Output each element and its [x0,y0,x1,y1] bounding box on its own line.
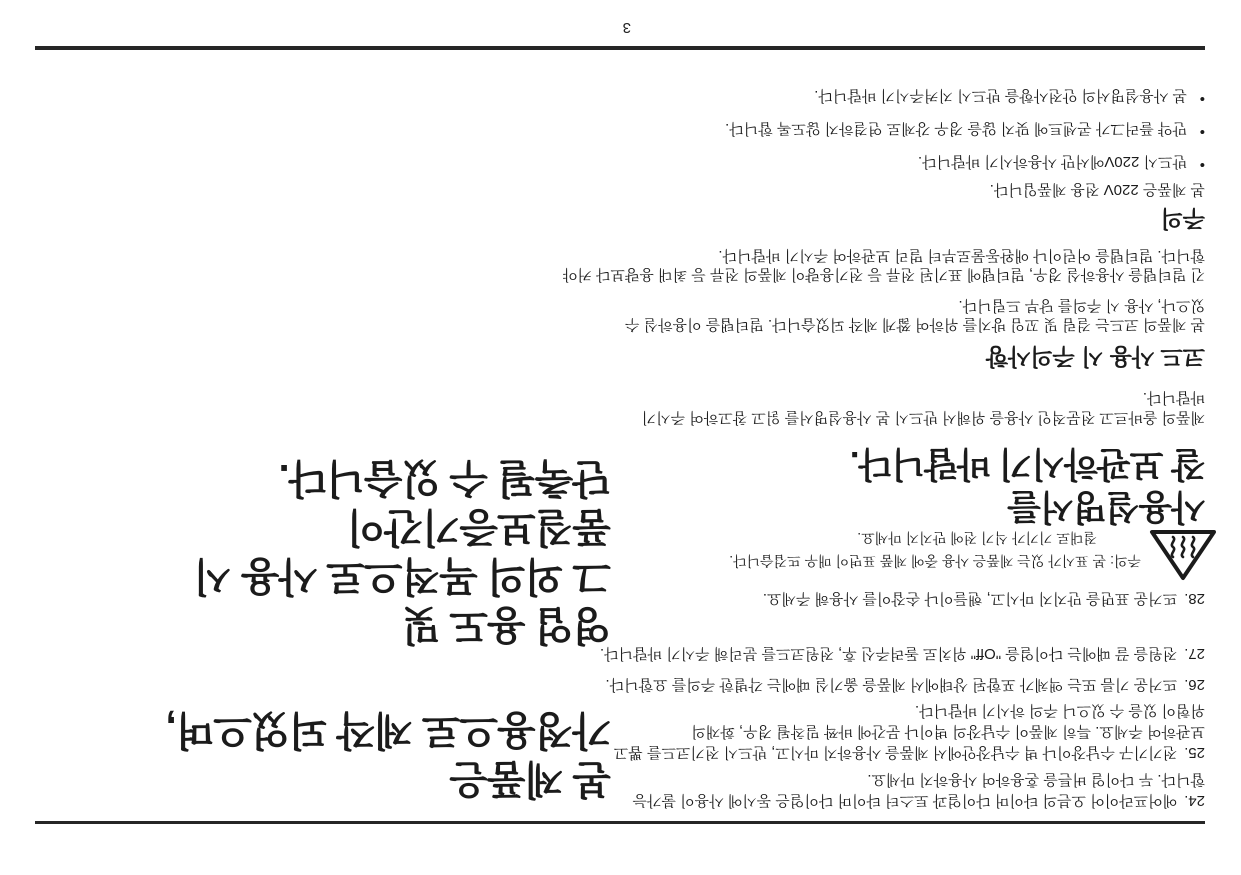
body-line: 바랍니다. [642,387,1205,407]
paragraph-line: 본 제품의 코드는 걸림 및 꼬임 방지를 위하여 짧게 제작 되었습니다. 멀… [625,315,1205,334]
item-line: 위험이 있을 수 있으니 주의 하시기 바랍니다. [615,700,1205,721]
bullet-icon: • [1187,119,1205,140]
paragraph-line: 있으나, 사용 시 주의를 당부 드립니다. [625,296,1205,315]
item-number: 24. [1184,792,1205,809]
item-text: 전기기구 수납장이나 벽 수납장안에서 제품을 사용하지 마시고, 반드시 전기… [614,744,1177,761]
caution-bullet: • 만약 플러그가 콘센트에 맞지 않을 경우 강제로 연결하지 않도록 합니다… [725,119,1205,140]
caution-intro: 본 제품은 220V 전용 제품입니다. [990,180,1205,201]
notice-line: 가정용으로 제작 되었으며, [167,705,611,754]
item-number: 27. [1184,645,1205,662]
caution-bullet: • 반드시 220V에서만 사용하시기 바랍니다. [725,152,1205,173]
item-line: 25.전기기구 수납장이나 벽 수납장안에서 제품을 사용하지 마시고, 반드시… [615,742,1205,763]
bullet-text: 반드시 220V에서만 사용하시기 바랍니다. [918,152,1187,173]
caution-section-heading: 주의 [1161,204,1205,237]
safety-item-25: 25.전기기구 수납장이나 벽 수납장안에서 제품을 사용하지 마시고, 반드시… [615,700,1205,763]
rotated-page: 24.에어프라이어 오븐의 타이머 다이얼과 토스터 타이머 다이얼은 동시에 … [0,0,1241,875]
heading-line: 사용설명서를 [851,485,1205,528]
safety-item-28: 28.뜨거운 표면을 만지지 마시고, 핸들이나 손잡이를 사용해 주세요. [615,588,1205,609]
item-text: 뜨거운 표면을 만지지 마시고, 핸들이나 손잡이를 사용해 주세요. [763,590,1177,607]
page-number: 3 [623,19,631,36]
warranty-notice: 영업 용도 및 그 외의 목적으로 사용 시 품질보증기간이 단축될 수 있습니… [194,453,611,649]
notice-line: 품질보증기간이 [194,502,611,551]
cord-section-heading: 코드 사용 시 주의사항 [986,342,1205,375]
hot-note-line: 주의: 본 표시가 있는 제품은 사용 중에 제품 표면이 매우 뜨겁습니다. [641,549,1141,572]
caution-bullet-list: • 반드시 220V에서만 사용하시기 바랍니다. • 만약 플러그가 콘센트에… [725,74,1205,173]
item-line: 24.에어프라이어 오븐의 타이머 다이얼과 토스터 타이머 다이얼은 동시에 … [615,790,1205,811]
item-line: 26.뜨거운 기름 또는 액체가 포함된 상태에서 제품을 옮기실 때에는 각별… [615,674,1205,695]
bullet-text: 본 사용설명서의 안전사항을 반드시 지켜주시기 바랍니다. [814,86,1187,107]
paragraph-line: 합니다. 멀티탭을 어린이나 애완동물로부터 멀리 보관하여 주시기 바랍니다. [563,246,1205,265]
bullet-icon: • [1187,152,1205,173]
bullet-text: 만약 플러그가 콘센트에 맞지 않을 경우 강제로 연결하지 않도록 합니다. [725,119,1187,140]
item-line: 27.전원을 끌 때에는 다이얼을 "Off" 위치로 돌려주신 후, 전원코드… [615,643,1205,664]
household-use-notice: 본 제품은 가정용으로 제작 되었으며, [167,705,611,803]
item-line: 보관하여 주세요. 특히 제품이 수납장의 벽이나 문간에 바짝 밀착될 경우,… [615,721,1205,742]
keep-manual-heading: 사용설명서를 잘 보관하시기 바랍니다. [851,442,1205,528]
cord-paragraph-2: 긴 멀티탭을 사용하실 경우, 멀티탭에 표기된 전류 등 전기용량이 제품의 … [563,246,1205,284]
notice-line: 본 제품은 [167,754,611,803]
scanned-manual-page: 24.에어프라이어 오븐의 타이머 다이얼과 토스터 타이머 다이얼은 동시에 … [0,0,1241,875]
item-number: 26. [1184,676,1205,693]
item-number: 28. [1184,590,1205,607]
bottom-rule [35,46,1205,50]
body-line: 제품의 올바르고 전문적인 사용을 위해서 반드시 본 사용설명서를 읽고 참고… [642,407,1205,427]
keep-manual-body: 제품의 올바르고 전문적인 사용을 위해서 반드시 본 사용설명서를 읽고 참고… [642,387,1205,427]
hot-surface-icon [1149,523,1217,582]
item-text: 뜨거운 기름 또는 액체가 포함된 상태에서 제품을 옮기실 때에는 각별한 주… [605,676,1177,693]
top-rule [35,821,1205,824]
hot-surface-note: 주의: 본 표시가 있는 제품은 사용 중에 제품 표면이 매우 뜨겁습니다. … [641,526,1141,572]
item-line: 합니다. 두 다이얼 버튼을 혼용하여 사용하지 마세요. [615,769,1205,790]
notice-line: 그 외의 목적으로 사용 시 [194,551,611,600]
caution-bullet: • 본 사용설명서의 안전사항을 반드시 지켜주시기 바랍니다. [725,86,1205,107]
bullet-icon: • [1187,86,1205,107]
item-line: 28.뜨거운 표면을 만지지 마시고, 핸들이나 손잡이를 사용해 주세요. [615,588,1205,609]
cord-paragraph-1: 본 제품의 코드는 걸림 및 꼬임 방지를 위하여 짧게 제작 되었습니다. 멀… [625,296,1205,334]
safety-item-26: 26.뜨거운 기름 또는 액체가 포함된 상태에서 제품을 옮기실 때에는 각별… [615,674,1205,695]
item-text: 에어프라이어 오븐의 타이머 다이얼과 토스터 타이머 다이얼은 동시에 사용이… [632,792,1177,809]
safety-item-24: 24.에어프라이어 오븐의 타이머 다이얼과 토스터 타이머 다이얼은 동시에 … [615,769,1205,811]
notice-line: 단축될 수 있습니다. [194,453,611,502]
safety-item-27: 27.전원을 끌 때에는 다이얼을 "Off" 위치로 돌려주신 후, 전원코드… [615,643,1205,664]
item-number: 25. [1184,744,1205,761]
paragraph-line: 긴 멀티탭을 사용하실 경우, 멀티탭에 표기된 전류 등 전기용량이 제품의 … [563,265,1205,284]
hot-note-line: 절대로 기기가 식기 전에 만지지 마세요. [641,526,1097,549]
item-text: 전원을 끌 때에는 다이얼을 "Off" 위치로 돌려주신 후, 전원코드를 분… [600,645,1177,662]
notice-line: 영업 용도 및 [194,600,611,649]
heading-line: 잘 보관하시기 바랍니다. [851,442,1205,485]
